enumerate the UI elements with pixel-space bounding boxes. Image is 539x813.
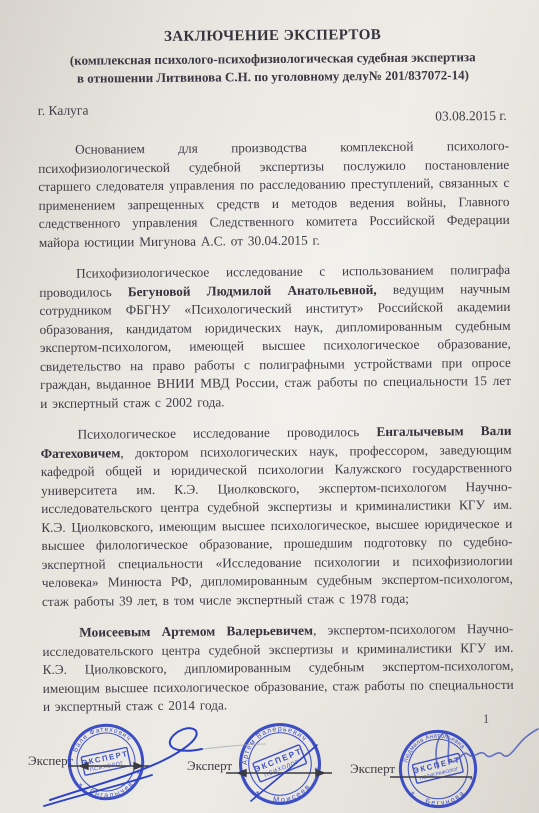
stamp-engalychev: Вали Фатехович Енгалычев * * ЭКСПЕРТ ПСИ… bbox=[59, 715, 154, 810]
signature-area: 1 Эксперт Эксперт Эксперт Вали Фатехович… bbox=[0, 0, 539, 813]
stamp2-star-left: * bbox=[255, 789, 262, 800]
stamp1-star-left: * bbox=[78, 781, 84, 792]
signatures-overlay bbox=[0, 0, 539, 813]
page-number: 1 bbox=[483, 712, 489, 727]
expert-signature-label-3: Эксперт bbox=[350, 761, 395, 777]
scanned-document-photo: ЗАКЛЮЧЕНИЕ ЭКСПЕРТОВ (комплексная психол… bbox=[0, 0, 539, 813]
stamp3-star-left: * bbox=[410, 789, 416, 800]
expert-signature-label-2: Эксперт bbox=[187, 758, 232, 774]
stamp-begunova: Людмила Анатольевна Бегунова * * ЭКСПЕРТ… bbox=[388, 719, 487, 813]
stamp-moiseev: Артем Валерьевич Моисеев * * ЭКСПЕРТ ПСИ… bbox=[224, 708, 336, 813]
